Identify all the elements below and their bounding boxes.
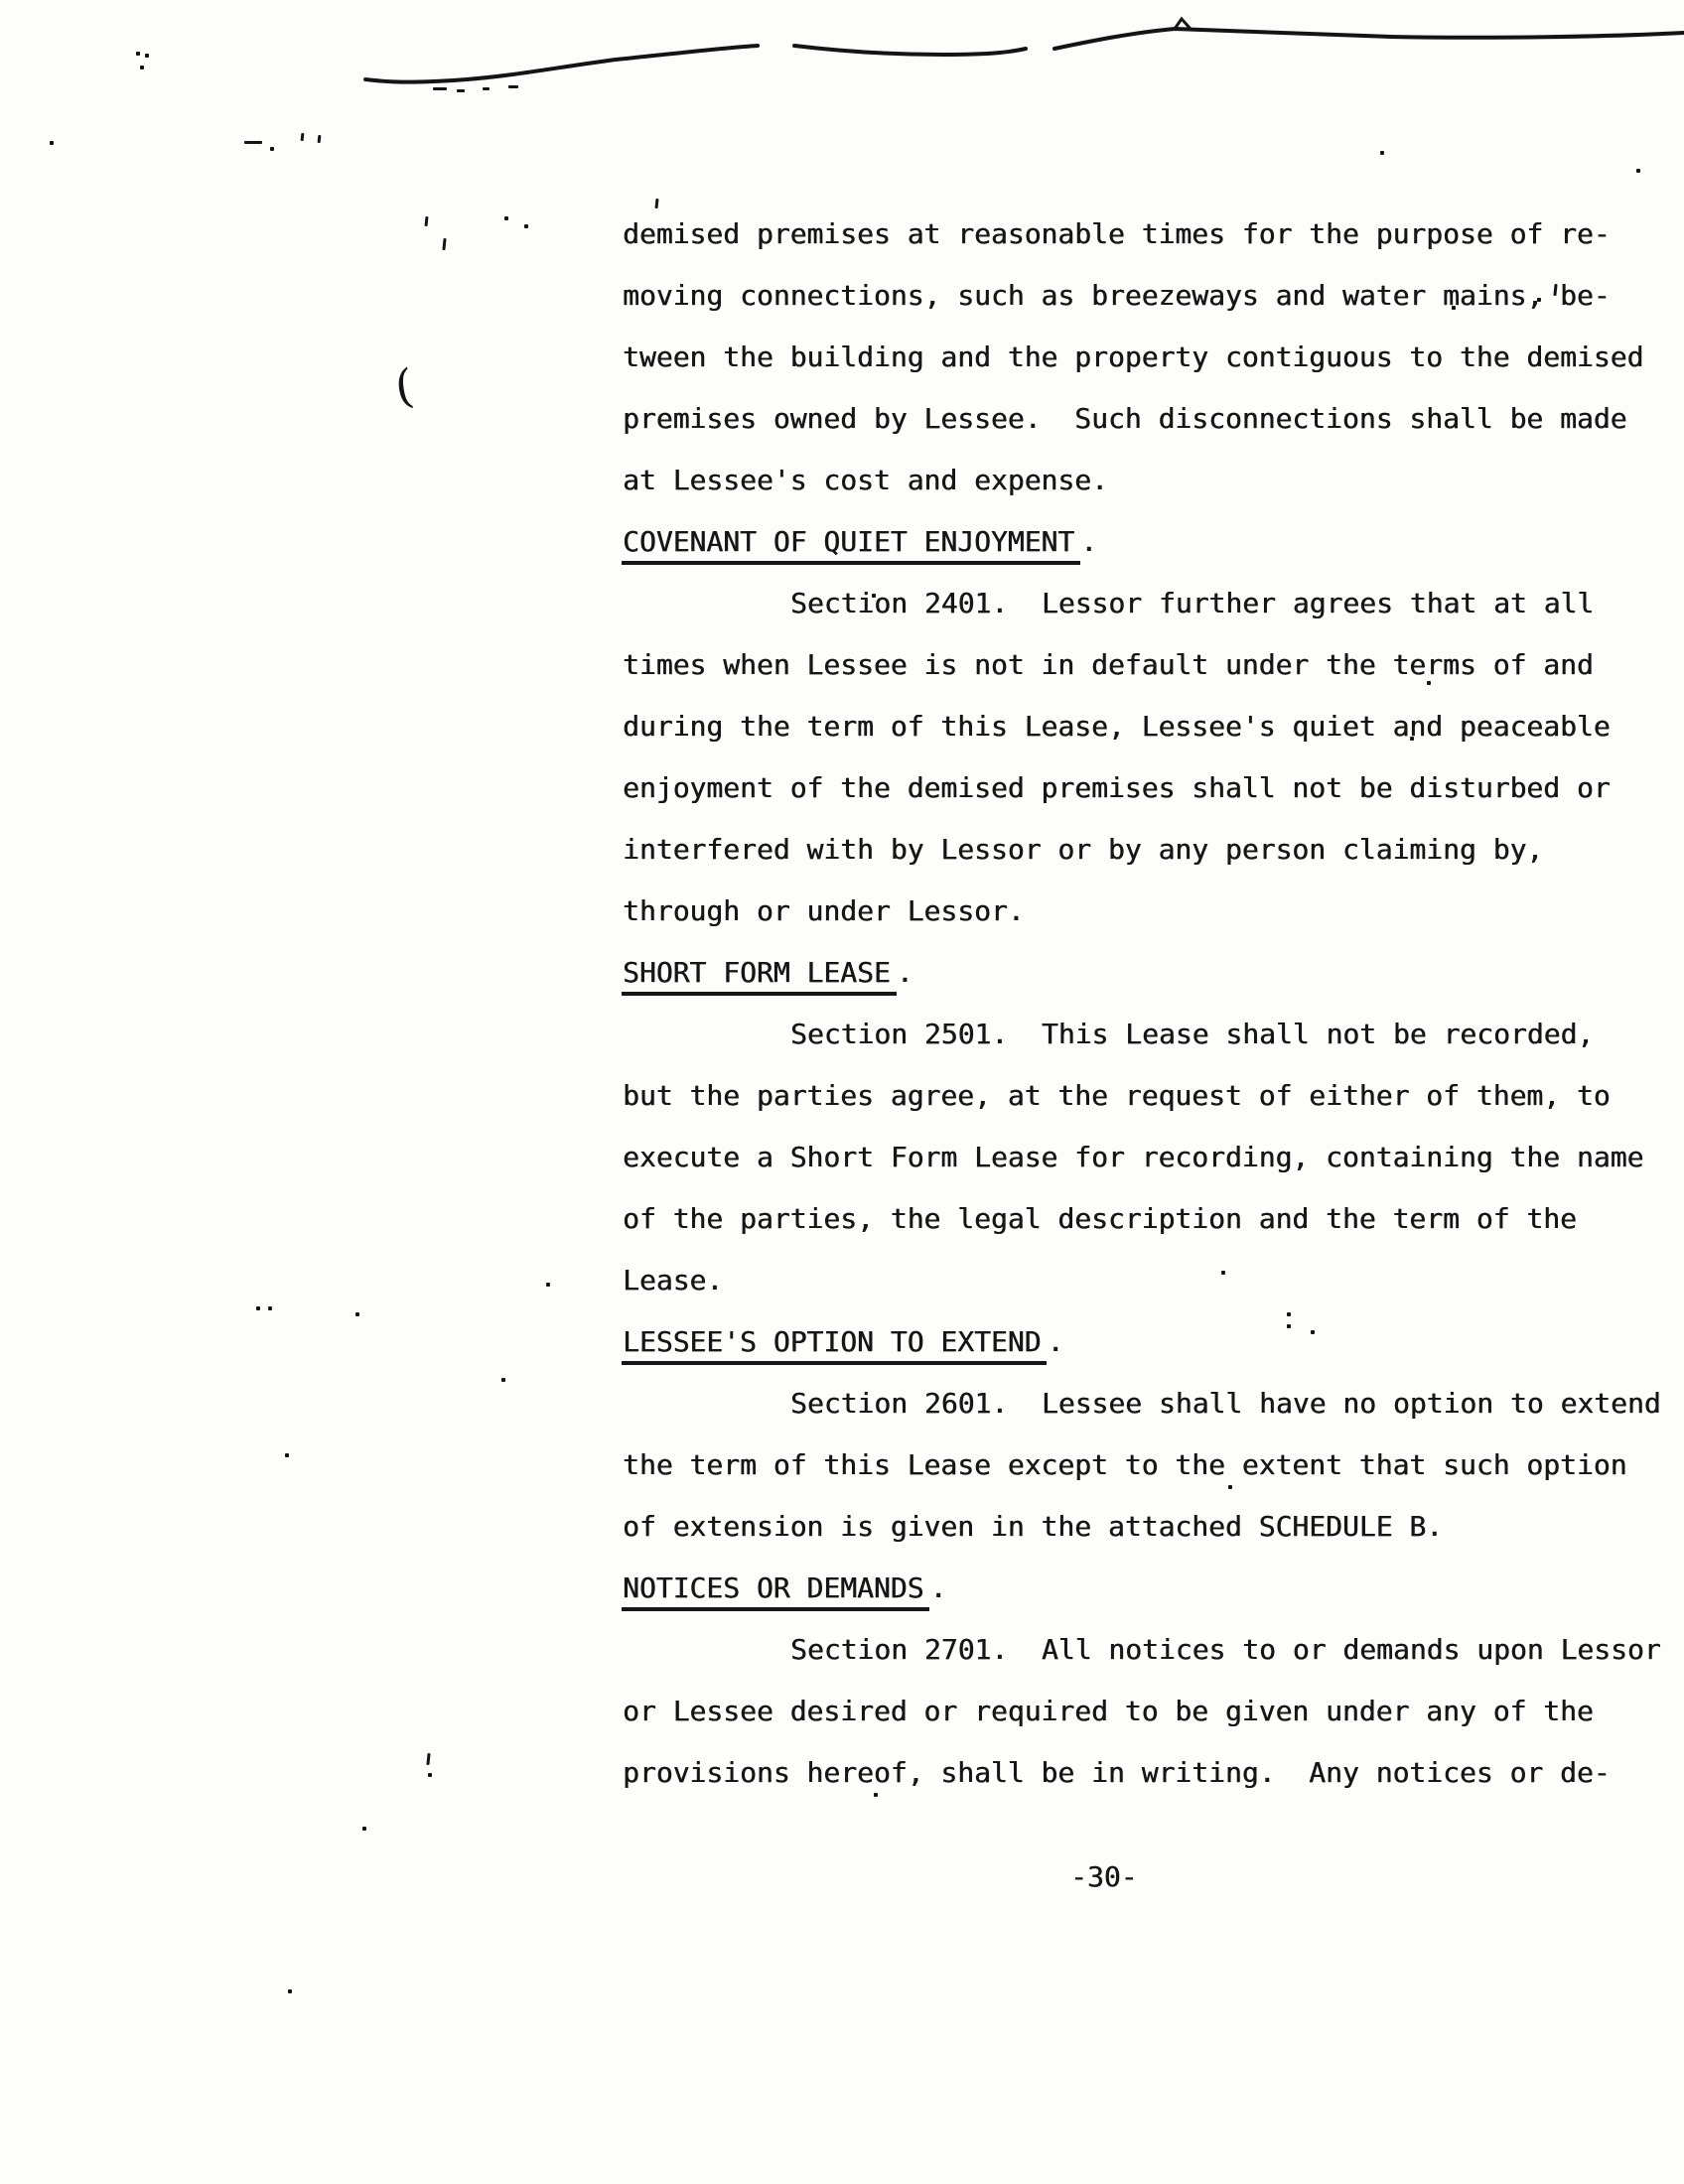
text-line: but the parties agree, at the request of… [623,1065,1675,1127]
scan-speck [426,1753,430,1765]
text-line: times when Lessee is not in default unde… [623,634,1675,696]
text-line: of extension is given in the attached SC… [623,1496,1675,1558]
text-line: at Lessee's cost and expense. [623,450,1675,511]
page-number: -30- [1070,1860,1137,1894]
scan-speck [524,224,528,228]
scan-speck [270,147,274,151]
text-line: moving connections, such as breezeways a… [623,265,1675,327]
text-line: during the term of this Lease, Lessee's … [623,696,1675,757]
section-heading: SHORT FORM LEASE. [623,942,1675,1004]
text-line: Section 2601. Lessee shall have no optio… [623,1373,1675,1434]
scan-speck [442,238,446,250]
scan-speck [504,216,508,220]
scan-speck [362,1827,366,1831]
text-line: through or under Lessor. [623,881,1675,942]
scan-speck [285,1453,289,1457]
scan-speck [301,133,305,141]
scan-speck [244,141,262,144]
text-line: provisions hereof, shall be in writing. … [623,1742,1675,1804]
text-line: or Lessee desired or required to be give… [623,1681,1675,1742]
scan-speck [483,87,490,90]
scan-speck [140,66,144,69]
scan-speck [355,1312,359,1316]
scan-speck [50,141,54,145]
text-line: Lease. [623,1250,1675,1311]
text-line: interfered with by Lessor or by any pers… [623,819,1675,881]
scan-speck [428,1773,432,1777]
text-line: Section 2701. All notices to or demands … [623,1619,1675,1681]
section-heading: NOTICES OR DEMANDS. [623,1558,1675,1619]
scan-speck [501,1378,505,1382]
text-line: Section 2501. This Lease shall not be re… [623,1004,1675,1065]
text-line: demised premises at reasonable times for… [623,204,1675,265]
scan-speck [1380,151,1384,155]
scan-speck [288,1989,292,1993]
text-line: premises owned by Lessee. Such disconnec… [623,388,1675,450]
text-line: enjoyment of the demised premises shall … [623,757,1675,819]
scanned-page: ( demised premises at reasonable times f… [0,0,1684,2184]
scan-speck [433,87,447,90]
scan-speck [424,216,428,226]
section-heading: COVENANT OF QUIET ENJOYMENT. [623,511,1675,573]
text-line: of the parties, the legal description an… [623,1188,1675,1250]
scan-speck [145,54,149,58]
scan-speck [508,85,518,88]
scan-speck [136,52,140,56]
text-line: tween the building and the property cont… [623,327,1675,388]
scan-speck [546,1283,550,1287]
scan-speck [1636,169,1640,173]
text-line: Section 2401. Lessor further agrees that… [623,573,1675,634]
document-text: demised premises at reasonable times for… [623,204,1675,1804]
scan-edge-artifact [0,0,1684,119]
text-line: the term of this Lease except to the ext… [623,1434,1675,1496]
scan-speck [457,89,465,92]
scan-speck [268,1306,272,1310]
text-line: execute a Short Form Lease for recording… [623,1127,1675,1188]
scan-speck [256,1306,260,1310]
section-heading: LESSEE'S OPTION TO EXTEND. [623,1311,1675,1373]
stray-paren-mark: ( [392,362,416,410]
scan-speck [318,135,322,143]
